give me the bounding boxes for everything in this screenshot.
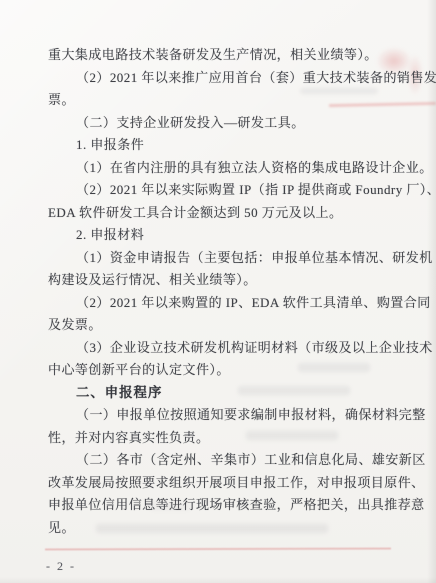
text-line: 性，并对内容真实性负责。: [48, 427, 414, 450]
text-line: 申报单位信用信息等进行现场审核查验，严格把关，出具推荐意: [48, 494, 414, 517]
text-line: 改革发展局按照要求组织开展项目申报工作，对申报项目原件、: [48, 472, 414, 495]
text-line: 中心等创新平台的认定文件）。: [48, 359, 414, 382]
text-line: 及发票。: [48, 314, 414, 337]
text-line: 重大集成电路技术装备研发及生产情况，相关业绩等）。: [48, 44, 414, 67]
text-line: （2）2021 年以来购置的 IP、EDA 软件工具清单、购置合同: [48, 292, 414, 315]
text-line: 见。: [48, 517, 414, 540]
text-line: 票。: [48, 89, 414, 112]
text-line: （3）企业设立技术研发机构证明材料（市级及以上企业技术: [48, 337, 414, 360]
text-line: （1）在省内注册的具有独立法人资格的集成电路设计企业。: [48, 157, 414, 180]
text-line: 构建设及运行情况、相关业绩等）。: [48, 269, 414, 292]
text-line: （1）资金申请报告（主要包括：申报单位基本情况、研发机: [48, 247, 414, 270]
text-line: （2）2021 年以来实际购置 IP（指 IP 提供商或 Foundry 厂）、: [48, 179, 414, 202]
red-footer-rule: [45, 548, 391, 551]
section-heading: 二、申报程序: [48, 382, 414, 405]
text-line: （一）申报单位按照通知要求编制申报材料，确保材料完整: [48, 404, 414, 427]
text-line: 1. 申报条件: [48, 134, 414, 157]
page-number: - 2 -: [46, 559, 76, 574]
scan-edge-shadow: [0, 577, 436, 583]
text-line: （二）各市（含定州、辛集市）工业和信息化局、雄安新区: [48, 449, 414, 472]
text-line: EDA 软件研发工具合计金额达到 50 万元及以上。: [48, 202, 414, 225]
text-line: 2. 申报材料: [48, 224, 414, 247]
text-line: （二）支持企业研发投入—研发工具。: [48, 112, 414, 135]
scanned-document-page: 重大集成电路技术装备研发及生产情况，相关业绩等）。 （2）2021 年以来推广应…: [0, 0, 436, 583]
document-body: 重大集成电路技术装备研发及生产情况，相关业绩等）。 （2）2021 年以来推广应…: [48, 44, 414, 539]
text-line: （2）2021 年以来推广应用首台（套）重大技术装备的销售发: [48, 67, 414, 90]
